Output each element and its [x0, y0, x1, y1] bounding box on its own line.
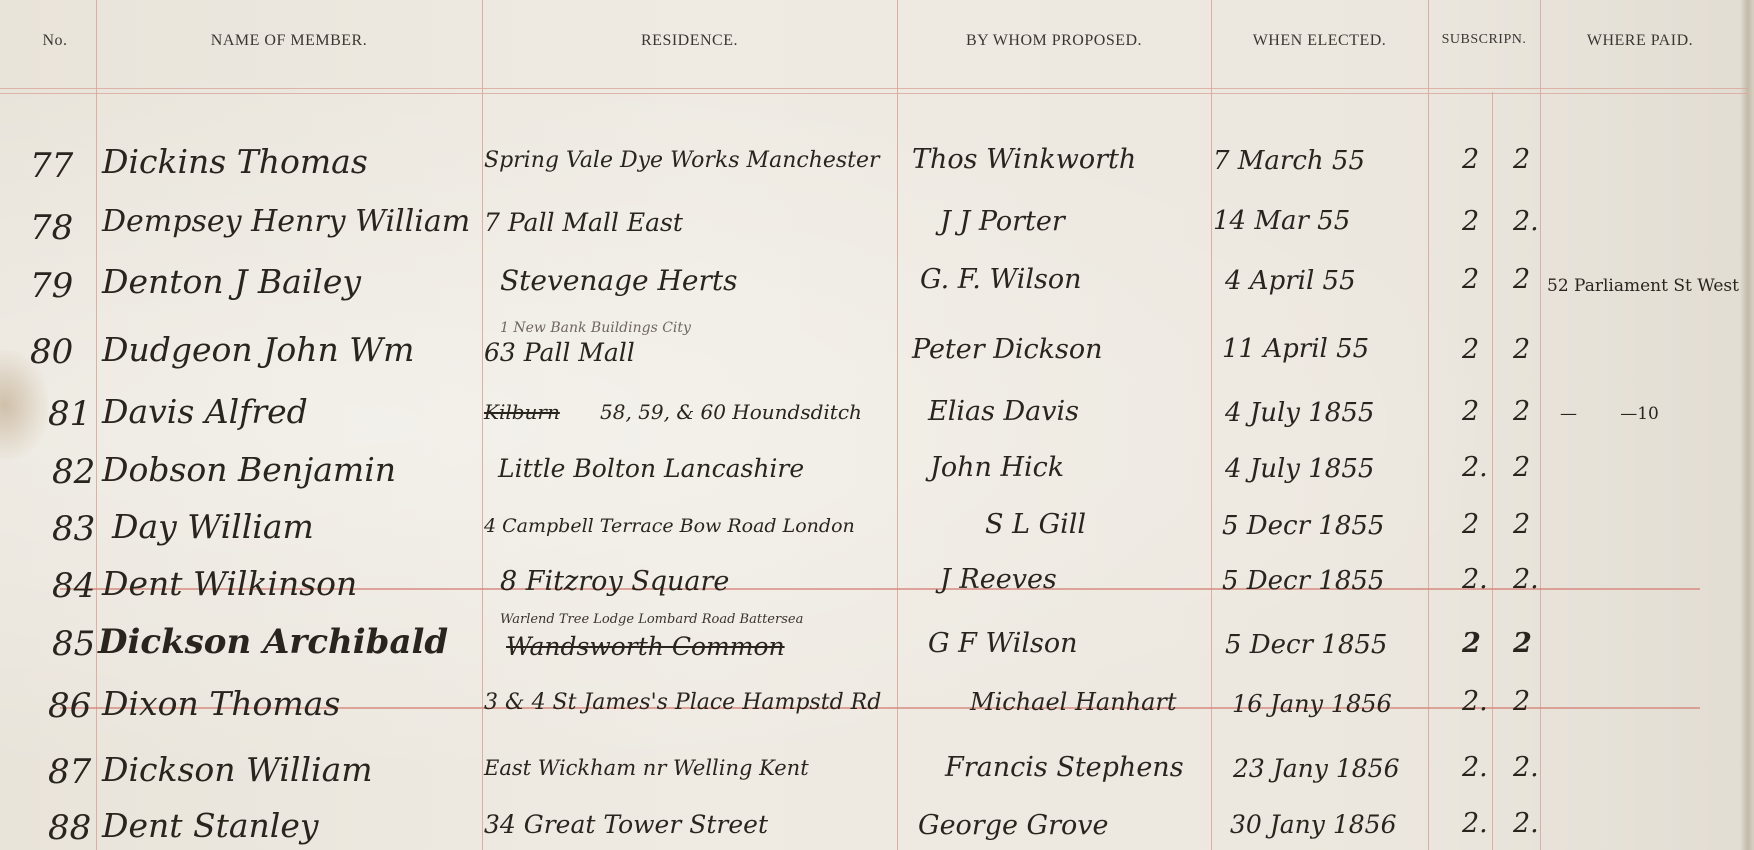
table-row: 86 Dixon Thomas 3 & 4 St James's Place H… — [0, 682, 1740, 740]
residence-struck: Wandsworth Common — [506, 632, 785, 661]
subscription-amount: 2 — [1462, 509, 1479, 540]
subscription-amount: 2. — [1462, 452, 1488, 483]
member-residence: 8 Fitzroy Square — [500, 566, 729, 597]
elected-date: 4 April 55 — [1225, 266, 1356, 296]
proposed-by: George Grove — [918, 810, 1109, 841]
elected-date: 14 Mar 55 — [1213, 206, 1350, 236]
column-header-proposed-by: BY WHOM PROPOSED. — [897, 32, 1211, 60]
table-row: Warlend Tree Lodge Lombard Road Batterse… — [0, 612, 1740, 670]
column-header-no: No. — [20, 32, 90, 60]
residence-note: Warlend Tree Lodge Lombard Road Batterse… — [500, 612, 803, 627]
column-header-when-elected: WHEN ELECTED. — [1211, 32, 1428, 60]
member-name: Dempsey Henry William — [102, 204, 470, 239]
table-row: 81 Davis Alfred Kilburn 58, 59, & 60 Hou… — [0, 390, 1740, 448]
proposed-by: G. F. Wilson — [920, 264, 1082, 295]
member-name: Dobson Benjamin — [102, 450, 396, 489]
subscription-paid: 2 — [1513, 452, 1530, 483]
member-number: 87 — [48, 752, 91, 792]
member-name: Dickson Archibald — [98, 622, 448, 662]
elected-date: 30 Jany 1856 — [1230, 810, 1396, 839]
member-number: 86 — [48, 686, 91, 726]
member-number: 82 — [52, 452, 95, 492]
member-name: Dickins Thomas — [102, 142, 368, 181]
table-row: 87 Dickson William East Wickham nr Welli… — [0, 742, 1740, 800]
member-number: 77 — [30, 146, 73, 186]
subscription-paid: 2 — [1513, 509, 1530, 540]
member-number: 88 — [48, 808, 91, 848]
member-number: 83 — [52, 509, 95, 549]
member-residence: 58, 59, & 60 Houndsditch — [600, 400, 862, 424]
proposed-by: Elias Davis — [928, 396, 1079, 427]
elected-date: 5 Decr 1855 — [1222, 511, 1384, 541]
subscription-amount: 2. — [1462, 752, 1488, 783]
elected-date: 4 July 1855 — [1225, 454, 1374, 484]
subscription-paid: 2 — [1513, 396, 1530, 427]
subscription-amount: 2. — [1462, 564, 1488, 595]
header-rule — [0, 88, 1748, 89]
member-residence: 3 & 4 St James's Place Hampstd Rd — [484, 690, 881, 715]
subscription-paid: 2 — [1513, 628, 1532, 659]
proposed-by: G F Wilson — [928, 628, 1078, 659]
table-row: 83 Day William 4 Campbell Terrace Bow Ro… — [0, 505, 1740, 563]
table-row: 88 Dent Stanley 34 Great Tower Street Ge… — [0, 800, 1740, 850]
subscription-amount: 2 — [1462, 628, 1481, 659]
proposed-by: John Hick — [930, 452, 1064, 483]
elected-date: 4 July 1855 — [1225, 398, 1374, 428]
where-paid: 52 Parliament St West — [1547, 276, 1739, 296]
member-name: Day William — [112, 507, 314, 546]
member-residence: East Wickham nr Welling Kent — [484, 756, 809, 780]
member-name: Denton J Bailey — [102, 262, 361, 301]
subscription-paid: 2. — [1513, 206, 1539, 237]
column-header-residence: RESIDENCE. — [482, 32, 897, 60]
column-header-name: NAME OF MEMBER. — [96, 32, 482, 60]
proposed-by: Thos Winkworth — [912, 144, 1136, 175]
elected-date: 5 Decr 1855 — [1225, 630, 1387, 660]
column-header-subscription: SUBSCRIPN. — [1428, 32, 1540, 60]
member-residence: Little Bolton Lancashire — [498, 454, 804, 483]
subscription-paid: 2 — [1513, 334, 1530, 365]
member-name: Dent Stanley — [102, 806, 319, 845]
proposed-by: S L Gill — [985, 509, 1086, 540]
elected-date: 11 April 55 — [1222, 334, 1369, 364]
subscription-amount: 2. — [1462, 686, 1488, 717]
member-residence: 63 Pall Mall — [484, 338, 635, 367]
subscription-amount: 2. — [1462, 808, 1488, 839]
member-residence: 7 Pall Mall East — [484, 208, 683, 237]
subscription-amount: 2 — [1462, 264, 1479, 295]
elected-date: 5 Decr 1855 — [1222, 566, 1384, 596]
elected-date: 23 Jany 1856 — [1233, 754, 1399, 783]
table-row: 1 New Bank Buildings City 80 Dudgeon Joh… — [0, 316, 1740, 374]
subscription-paid: 2 — [1513, 144, 1530, 175]
member-residence: 34 Great Tower Street — [484, 810, 768, 839]
subscription-paid: 2 — [1513, 264, 1530, 295]
residence-note: 1 New Bank Buildings City — [500, 320, 691, 336]
column-header-where-paid: WHERE PAID. — [1540, 32, 1740, 60]
header-rule — [0, 93, 1748, 94]
member-number: 85 — [52, 624, 95, 664]
member-name: Dent Wilkinson — [102, 564, 357, 603]
ledger-page: No. NAME OF MEMBER. RESIDENCE. BY WHOM P… — [0, 0, 1754, 850]
subscription-paid: 2. — [1513, 808, 1539, 839]
member-number: 81 — [48, 394, 91, 434]
proposed-by: Peter Dickson — [912, 334, 1103, 365]
member-name: Dickson William — [102, 750, 373, 789]
member-name: Dudgeon John Wm — [102, 330, 414, 369]
subscription-amount: 2 — [1462, 334, 1479, 365]
member-name: Davis Alfred — [102, 392, 308, 431]
proposed-by: J J Porter — [940, 206, 1065, 237]
proposed-by: Michael Hanhart — [970, 688, 1177, 716]
member-number: 79 — [30, 266, 73, 306]
table-row: 77 Dickins Thomas Spring Vale Dye Works … — [0, 140, 1740, 198]
elected-date: 7 March 55 — [1213, 146, 1365, 176]
member-number: 78 — [30, 208, 73, 248]
member-residence: Spring Vale Dye Works Manchester — [484, 148, 880, 173]
subscription-amount: 2 — [1462, 396, 1479, 427]
proposed-by: J Reeves — [940, 564, 1057, 595]
table-row: 79 Denton J Bailey Stevenage Herts G. F.… — [0, 258, 1740, 316]
residence-struck: Kilburn — [484, 400, 560, 424]
member-name: Dixon Thomas — [102, 684, 340, 723]
table-row: 78 Dempsey Henry William 7 Pall Mall Eas… — [0, 200, 1740, 258]
where-paid: — —10 — [1560, 404, 1659, 424]
page-edge — [1740, 0, 1754, 850]
subscription-paid: 2. — [1513, 564, 1539, 595]
table-row: 82 Dobson Benjamin Little Bolton Lancash… — [0, 448, 1740, 506]
member-residence: 4 Campbell Terrace Bow Road London — [484, 515, 855, 537]
member-number: 80 — [30, 332, 73, 372]
member-number: 84 — [52, 566, 95, 606]
subscription-amount: 2 — [1462, 144, 1479, 175]
elected-date: 16 Jany 1856 — [1232, 690, 1392, 718]
subscription-amount: 2 — [1462, 206, 1479, 237]
member-residence: Stevenage Herts — [500, 264, 738, 297]
subscription-paid: 2. — [1513, 752, 1539, 783]
proposed-by: Francis Stephens — [945, 752, 1184, 783]
subscription-paid: 2 — [1513, 686, 1530, 717]
